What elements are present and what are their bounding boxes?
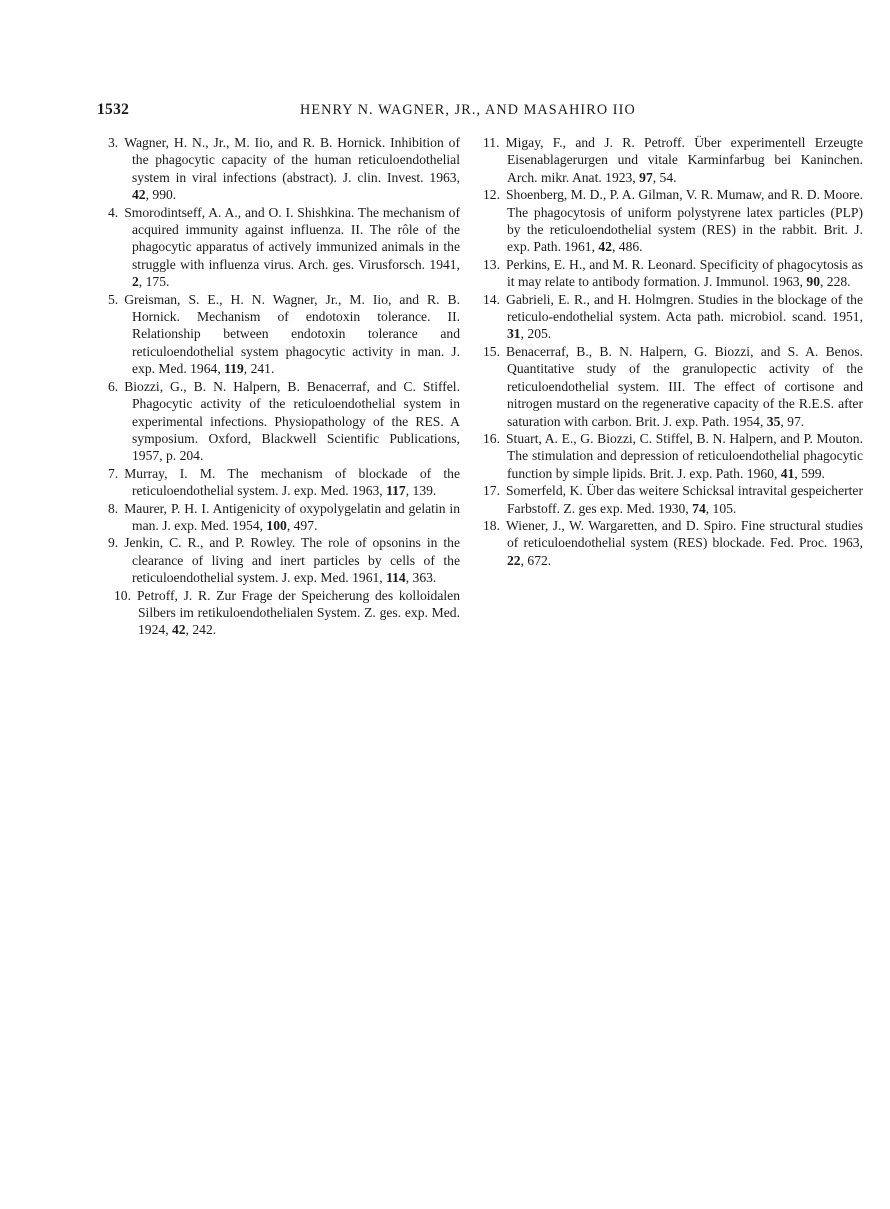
reference-text: Benacerraf, B., B. N. Halpern, G. Biozzi… (506, 344, 863, 429)
reference-entry: 11.Migay, F., and J. R. Petroff. Über ex… (483, 134, 863, 186)
reference-volume: 117 (386, 483, 406, 498)
reference-pages: , 228. (820, 274, 851, 289)
reference-number: 18. (483, 517, 500, 534)
reference-text: Smorodintseff, A. A., and O. I. Shishkin… (124, 205, 460, 272)
reference-entry: 5.Greisman, S. E., H. N. Wagner, Jr., M.… (108, 291, 460, 378)
reference-entry: 17.Somerfeld, K. Über das weitere Schick… (483, 482, 863, 517)
reference-number: 16. (483, 430, 500, 447)
reference-pages: , 486. (612, 239, 643, 254)
reference-number: 3. (108, 134, 118, 151)
reference-pages: , 990. (146, 187, 177, 202)
reference-entry: 6.Biozzi, G., B. N. Halpern, B. Benacerr… (108, 378, 460, 465)
reference-volume: 42 (598, 239, 612, 254)
reference-text: Gabrieli, E. R., and H. Holmgren. Studie… (506, 292, 863, 324)
reference-volume: 114 (386, 570, 406, 585)
reference-entry: 18.Wiener, J., W. Wargaretten, and D. Sp… (483, 517, 863, 569)
reference-volume: 119 (224, 361, 244, 376)
reference-text: Shoenberg, M. D., P. A. Gilman, V. R. Mu… (506, 187, 863, 254)
reference-number: 11. (483, 134, 500, 151)
reference-entry: 8.Maurer, P. H. I. Antigenicity of oxypo… (108, 500, 460, 535)
reference-pages: , 97. (780, 414, 804, 429)
reference-number: 10. (114, 587, 131, 604)
reference-text: Biozzi, G., B. N. Halpern, B. Benacerraf… (124, 379, 460, 464)
reference-number: 4. (108, 204, 118, 221)
reference-text: Greisman, S. E., H. N. Wagner, Jr., M. I… (124, 292, 460, 377)
reference-volume: 2 (132, 274, 139, 289)
reference-pages: , 241. (244, 361, 275, 376)
reference-pages: , 242. (186, 622, 217, 637)
reference-pages: , 139. (406, 483, 437, 498)
reference-number: 15. (483, 343, 500, 360)
reference-pages: , 672. (521, 553, 552, 568)
reference-text: Somerfeld, K. Über das weitere Schicksal… (506, 483, 863, 515)
reference-volume: 22 (507, 553, 521, 568)
reference-volume: 35 (767, 414, 781, 429)
reference-pages: , 363. (406, 570, 437, 585)
reference-entry: 14.Gabrieli, E. R., and H. Holmgren. Stu… (483, 291, 863, 343)
reference-number: 13. (483, 256, 500, 273)
reference-entry: 3.Wagner, H. N., Jr., M. Iio, and R. B. … (108, 134, 460, 204)
reference-number: 14. (483, 291, 500, 308)
references-left-column: 3.Wagner, H. N., Jr., M. Iio, and R. B. … (114, 134, 460, 639)
reference-number: 17. (483, 482, 500, 499)
reference-volume: 41 (781, 466, 795, 481)
reference-number: 9. (108, 534, 118, 551)
reference-text: Wagner, H. N., Jr., M. Iio, and R. B. Ho… (124, 135, 460, 185)
reference-volume: 74 (692, 501, 706, 516)
reference-pages: , 54. (653, 170, 677, 185)
references-right-column: 11.Migay, F., and J. R. Petroff. Über ex… (483, 134, 863, 569)
page-number: 1532 (97, 101, 129, 119)
reference-text: Migay, F., and J. R. Petroff. Über exper… (506, 135, 864, 185)
reference-entry: 9.Jenkin, C. R., and P. Rowley. The role… (108, 534, 460, 586)
running-head: HENRY N. WAGNER, JR., AND MASAHIRO IIO (300, 102, 636, 119)
reference-entry: 15.Benacerraf, B., B. N. Halpern, G. Bio… (483, 343, 863, 430)
reference-number: 7. (108, 465, 118, 482)
reference-entry: 4.Smorodintseff, A. A., and O. I. Shishk… (108, 204, 460, 291)
reference-volume: 31 (507, 326, 521, 341)
reference-entry: 16.Stuart, A. E., G. Biozzi, C. Stiffel,… (483, 430, 863, 482)
reference-pages: , 105. (706, 501, 737, 516)
reference-entry: 7.Murray, I. M. The mechanism of blockad… (108, 465, 460, 500)
reference-pages: , 175. (139, 274, 170, 289)
reference-number: 6. (108, 378, 118, 395)
reference-volume: 42 (172, 622, 186, 637)
reference-entry: 12.Shoenberg, M. D., P. A. Gilman, V. R.… (483, 186, 863, 256)
reference-volume: 97 (639, 170, 653, 185)
reference-volume: 100 (266, 518, 286, 533)
reference-pages: , 497. (287, 518, 318, 533)
reference-number: 8. (108, 500, 118, 517)
reference-pages: , 599. (794, 466, 825, 481)
reference-text: Wiener, J., W. Wargaretten, and D. Spiro… (506, 518, 863, 550)
reference-entry: 13.Perkins, E. H., and M. R. Leonard. Sp… (483, 256, 863, 291)
reference-number: 5. (108, 291, 118, 308)
reference-entry: 10.Petroff, J. R. Zur Frage der Speicher… (100, 587, 460, 639)
reference-number: 12. (483, 186, 500, 203)
reference-volume: 90 (806, 274, 820, 289)
reference-pages: , 205. (521, 326, 552, 341)
reference-volume: 42 (132, 187, 146, 202)
